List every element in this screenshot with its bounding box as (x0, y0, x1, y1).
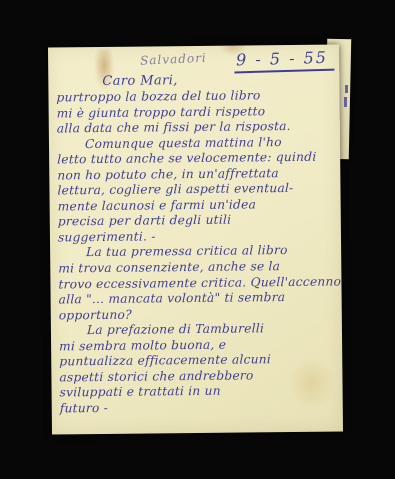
pencil-annotation: Salvadori (140, 51, 207, 68)
letter-page: Salvadori 9 - 5 - 55 Caro Mari, purtropp… (48, 44, 343, 434)
letter-line: futuro - (60, 398, 336, 416)
scan-background: Salvadori 9 - 5 - 55 Caro Mari, purtropp… (0, 0, 395, 479)
letter-body: purtroppo la bozza del tuo libromi è giu… (56, 88, 335, 417)
ink-edge-mark (345, 85, 348, 93)
letter-salutation: Caro Mari, (102, 73, 178, 89)
letter-date: 9 - 5 - 55 (234, 48, 334, 74)
ink-edge-mark (344, 97, 347, 107)
